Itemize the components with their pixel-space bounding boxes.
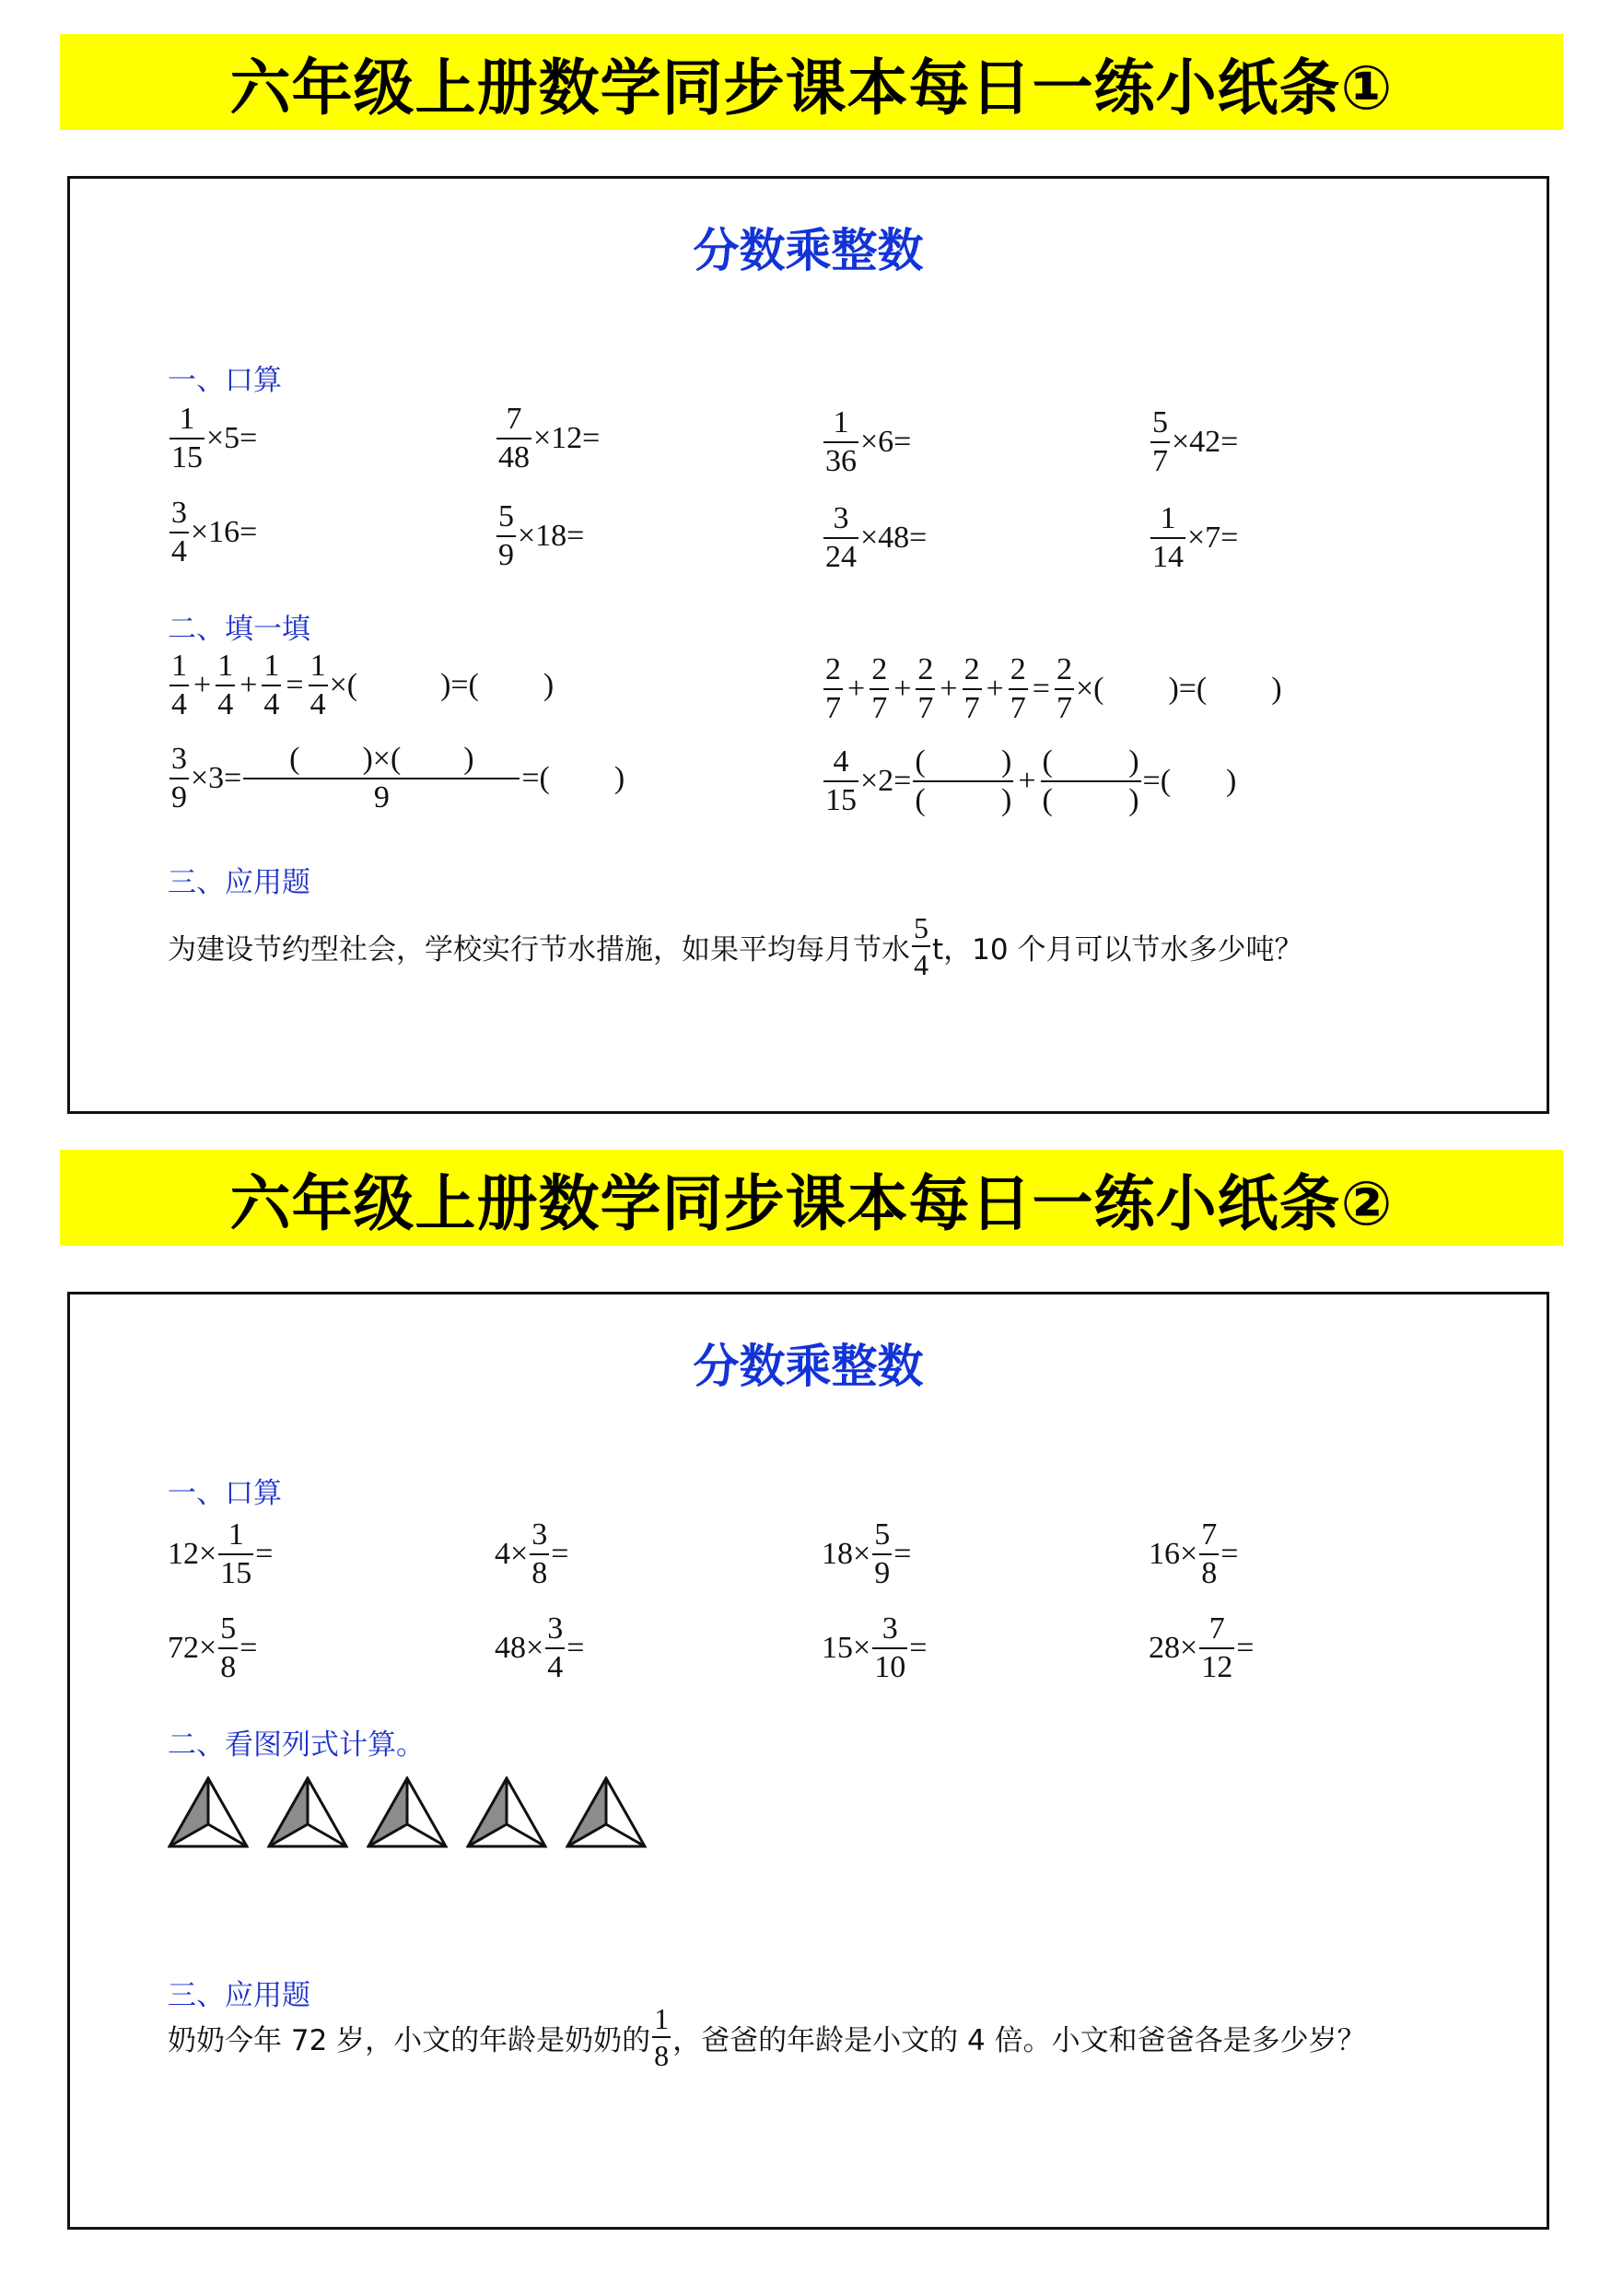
mental-math-item: 136 ×6= [822, 407, 911, 477]
triangle-icon [267, 1776, 348, 1848]
fill-in-fraction-blank[interactable]: () () [913, 746, 1013, 816]
section-heading-picture-calc: 二、看图列式计算。 [168, 1721, 425, 1763]
fill-in-question-4: 415 ×2= () () + () () =( ) [822, 746, 1236, 816]
mental-math-item: 4× 38 = [495, 1519, 568, 1589]
mental-math-item: 57 ×42= [1149, 407, 1238, 477]
triangle-icon [566, 1776, 647, 1848]
section-heading-mental-math: 一、口算 [168, 357, 282, 398]
sheet-2-card: 分数乘整数 一、口算 12× 115 = 4× 38 = 18× 59 = 16… [67, 1292, 1549, 2230]
banner-title: 六年级上册数学同步课本每日一练小纸条② [230, 1154, 1394, 1242]
sheet-2-banner: 六年级上册数学同步课本每日一练小纸条② [60, 1150, 1563, 1246]
fill-in-fraction-blank[interactable]: ( )×( ) 9 [243, 744, 520, 814]
fill-in-question-2: 27 + 27 + 27 + 27 + 27 = 27 ×( )=( ) [822, 654, 1282, 724]
worksheet-subtitle: 分数乘整数 [70, 214, 1547, 280]
triangle-icon [466, 1776, 547, 1848]
fill-in-question-3: 39 ×3= ( )×( ) 9 =( ) [168, 744, 625, 814]
word-problem: 奶奶今年 72 岁，小文的年龄是奶奶的 18 ，爸爸的年龄是小文的 4 倍。小文… [168, 2004, 1366, 2070]
section-heading-word-problem: 三、应用题 [168, 859, 310, 900]
triangle-icon [367, 1776, 448, 1848]
word-problem: 为建设节约型社会，学校实行节水措施，如果平均每月节水 54 t，10 个月可以节… [168, 913, 1302, 979]
sheet-1-card: 分数乘整数 一、口算 115 ×5= 748 ×12= 136 ×6= 57 ×… [67, 176, 1549, 1114]
sheet-1-banner: 六年级上册数学同步课本每日一练小纸条① [60, 34, 1563, 130]
mental-math-item: 115 ×5= [168, 404, 257, 474]
mental-math-item: 72× 58 = [168, 1613, 257, 1683]
fill-in-question-1: 14 + 14 + 14 = 14 ×( )=( ) [168, 650, 554, 720]
section-heading-fill-in: 二、填一填 [168, 605, 310, 647]
mental-math-item: 12× 115 = [168, 1519, 273, 1589]
mental-math-item: 114 ×7= [1149, 503, 1238, 573]
mental-math-item: 59 ×18= [495, 501, 584, 571]
triangle-icon [168, 1776, 249, 1848]
banner-title: 六年级上册数学同步课本每日一练小纸条① [230, 39, 1394, 126]
mental-math-item: 15× 310 = [822, 1613, 927, 1683]
mental-math-item: 748 ×12= [495, 404, 600, 474]
section-heading-mental-math: 一、口算 [168, 1470, 282, 1511]
fill-in-fraction-blank[interactable]: () () [1041, 746, 1141, 816]
mental-math-item: 34 ×16= [168, 498, 257, 568]
mental-math-item: 48× 34 = [495, 1613, 584, 1683]
mental-math-item: 324 ×48= [822, 503, 927, 573]
mental-math-item: 28× 712 = [1149, 1613, 1254, 1683]
triangle-figure-row [168, 1776, 647, 1848]
mental-math-item: 16× 78 = [1149, 1519, 1238, 1589]
worksheet-subtitle: 分数乘整数 [70, 1330, 1547, 1396]
mental-math-item: 18× 59 = [822, 1519, 911, 1589]
